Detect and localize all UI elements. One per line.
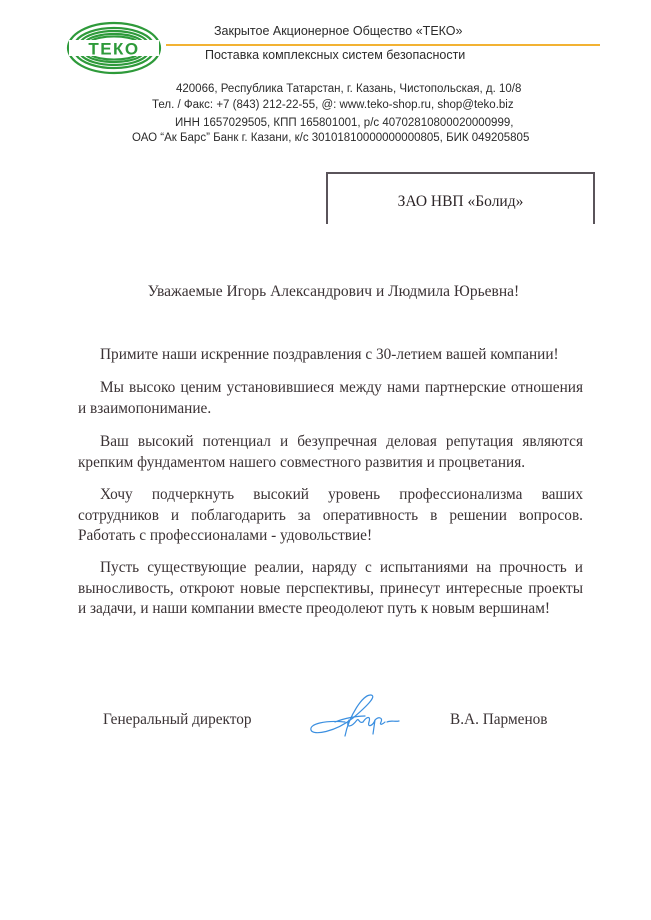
company-phone-web: Тел. / Факс: +7 (843) 212-22-55, @: www.… — [152, 99, 514, 111]
letter-page: ТЕКО Закрытое Акционерное Общество «ТЕКО… — [0, 0, 651, 920]
bank-details-line-2: ОАО “Ак Барс” Банк г. Казани, к/с 301018… — [132, 132, 529, 144]
company-name: Закрытое Акционерное Общество «ТЕКО» — [214, 24, 462, 38]
header-divider — [166, 44, 600, 46]
paragraph-1: Примите наши искренние поздравления с 30… — [78, 345, 583, 366]
paragraph-2: Мы высоко ценим установившиеся между нам… — [78, 378, 583, 419]
handwritten-signature-icon — [305, 692, 415, 740]
paragraph-4: Хочу подчеркнуть высокий уровень професс… — [78, 485, 583, 547]
company-tagline: Поставка комплексных систем безопасности — [205, 48, 465, 62]
signatory-name: В.А. Парменов — [450, 711, 548, 729]
paragraph-5: Пусть существующие реалии, наряду с испы… — [78, 558, 583, 620]
addressee-name: ЗАО НВП «Болид» — [328, 193, 593, 211]
salutation: Уважаемые Игорь Александрович и Людмила … — [0, 283, 651, 301]
company-address: 420066, Республика Татарстан, г. Казань,… — [176, 83, 521, 95]
signatory-position: Генеральный директор — [103, 711, 252, 729]
svg-text:ТЕКО: ТЕКО — [88, 40, 139, 59]
paragraph-3: Ваш высокий потенциал и безупречная дело… — [78, 432, 583, 473]
bank-details-line-1: ИНН 1657029505, КПП 165801001, р/с 40702… — [175, 117, 513, 129]
addressee-box: ЗАО НВП «Болид» — [326, 172, 595, 224]
teko-logo-icon: ТЕКО — [66, 21, 162, 75]
